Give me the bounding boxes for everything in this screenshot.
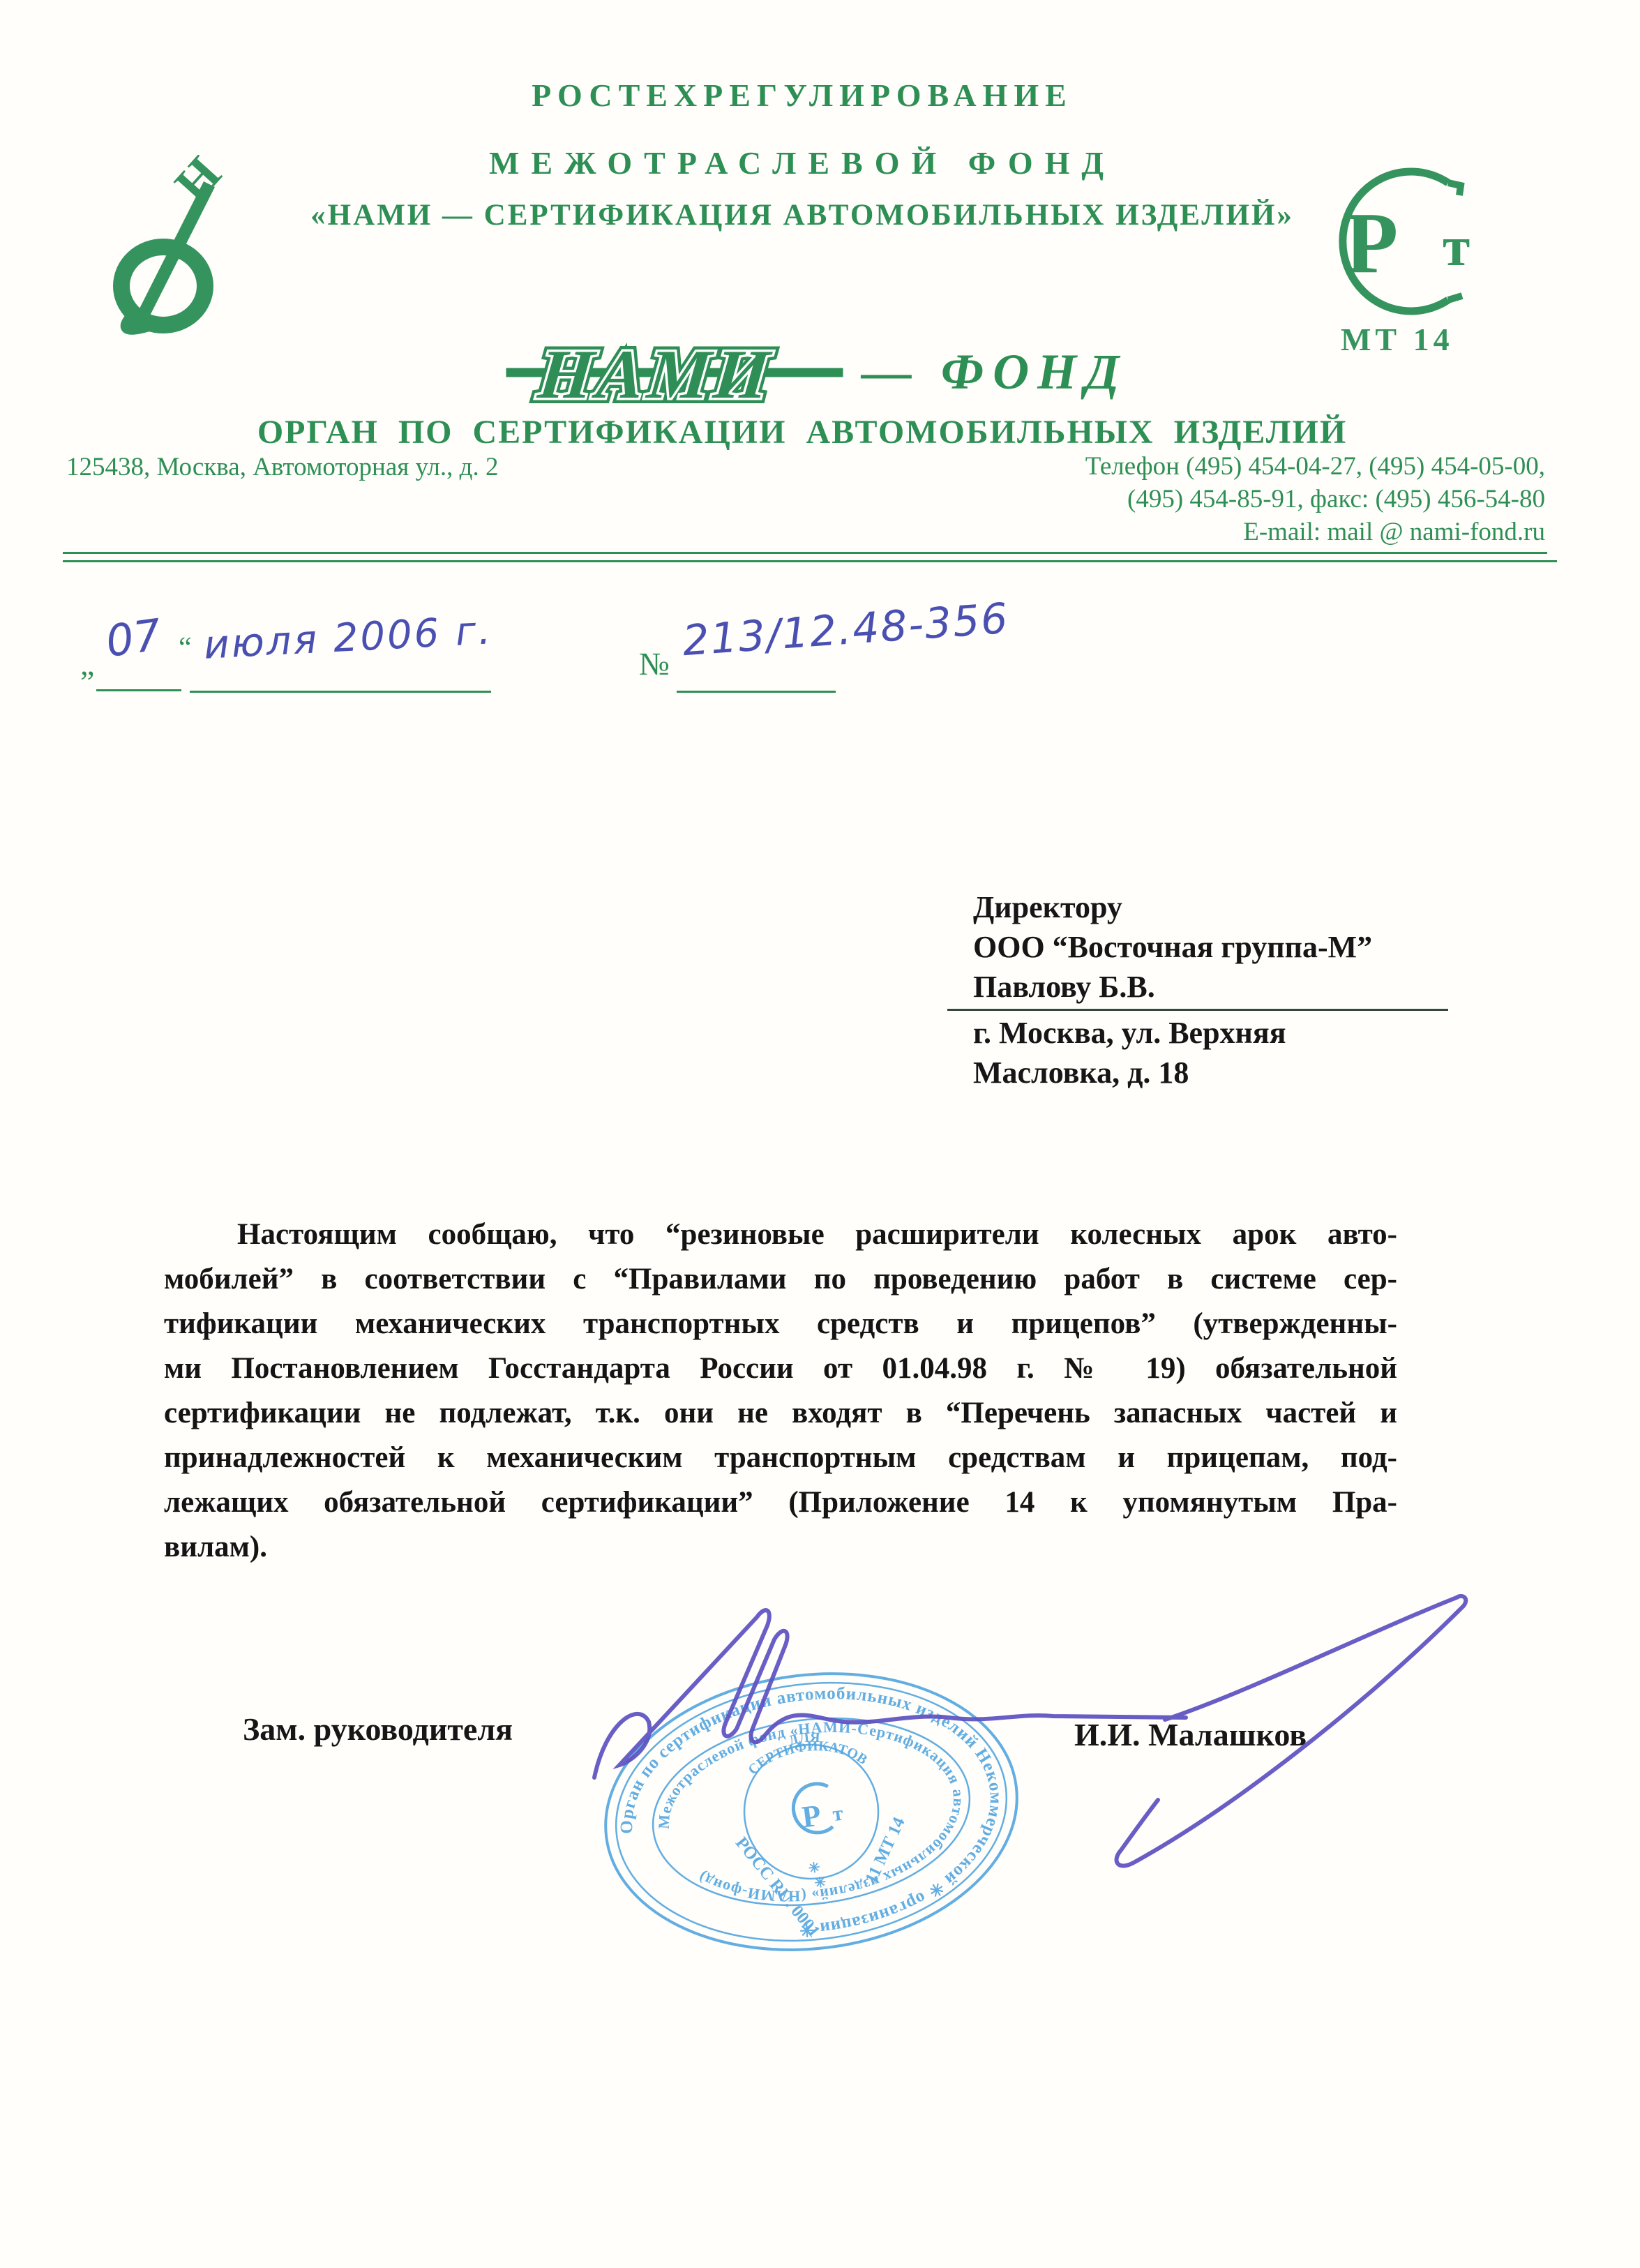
rst-certification-mark: Р т МТ 14 xyxy=(1311,155,1507,364)
rst-c-terminal-bottom xyxy=(1448,296,1462,300)
rst-p-letter: Р xyxy=(1345,195,1398,292)
body-line: мобилей” в соответствии с “Правилами по … xyxy=(164,1257,1397,1302)
fond-suffix-label: — ФОНД xyxy=(862,343,1127,401)
rst-t-letter: т xyxy=(1443,216,1470,278)
date-close-quote: “ xyxy=(179,631,192,665)
nami-logo-fill: НАМИ xyxy=(534,336,777,413)
separator-rule-bottom xyxy=(63,560,1557,562)
contact-block: Телефон (495) 454-04-27, (495) 454-05-00… xyxy=(823,450,1545,548)
letter-body: Настоящим сообщаю, что “резиновые расшир… xyxy=(164,1212,1397,1570)
recipient-address-2: Масловка, д. 18 xyxy=(973,1053,1489,1092)
rst-c-terminal-top xyxy=(1448,183,1461,195)
body-line: принадлежностей к механическим транспорт… xyxy=(164,1436,1397,1480)
handwritten-month-year: июля 2006 г. xyxy=(203,608,494,668)
signature-flourish-stroke xyxy=(1117,1596,1466,1866)
date-month-underline xyxy=(190,691,491,693)
email-line: E-mail: mail @ nami-fond.ru xyxy=(823,516,1545,548)
date-open-quote: „ xyxy=(80,645,94,682)
date-day-underline xyxy=(96,689,181,691)
nami-logotype: НАМИ НАМИ НАМИ xyxy=(504,326,845,421)
body-line: сертификации не подлежат, т.к. они не вх… xyxy=(164,1391,1397,1436)
body-line: тификации механических транспортных сред… xyxy=(164,1302,1397,1346)
separator-rule-top xyxy=(63,552,1547,554)
number-sign: № xyxy=(639,645,670,682)
signer-position: Зам. руководителя xyxy=(243,1711,513,1748)
handwritten-signature xyxy=(565,1570,1500,1905)
recipient-underline xyxy=(947,1009,1448,1011)
number-underline xyxy=(677,691,836,693)
postal-address: 125438, Москва, Автомоторная ул., д. 2 xyxy=(66,452,498,482)
recipient-address-1: г. Москва, ул. Верхняя xyxy=(973,1013,1489,1053)
body-line: Настоящим сообщаю, что “резиновые расшир… xyxy=(164,1212,1397,1257)
recipient-company: ООО “Восточная группа-М” xyxy=(973,927,1489,967)
org-certification-line: ОРГАН ПО СЕРТИФИКАЦИИ АВТОМОБИЛЬНЫХ ИЗДЕ… xyxy=(0,413,1604,451)
body-line: ми Постановлением Госстандарта России от… xyxy=(164,1346,1397,1391)
recipient-title: Директору xyxy=(973,887,1489,927)
scanned-letter-page: Н РОСТЕХРЕГУЛИРОВАНИЕ МЕЖОТРАСЛЕВОЙ ФОНД… xyxy=(0,0,1640,2268)
body-line: вилам). xyxy=(164,1525,1397,1570)
body-line: лежащих обязательной сертификации” (Прил… xyxy=(164,1480,1397,1525)
handwritten-outgoing-number: 213/12.48-356 xyxy=(681,594,1010,666)
letterhead-agency: РОСТЕХРЕГУЛИРОВАНИЕ xyxy=(0,77,1604,114)
rst-mark-code: МТ 14 xyxy=(1341,322,1454,357)
phone-line-2: (495) 454-85-91, факс: (495) 456-54-80 xyxy=(823,483,1545,516)
signature-main-stroke xyxy=(594,1610,1186,1778)
nami-fond-monogram-logo: Н xyxy=(110,155,239,340)
phone-line-1: Телефон (495) 454-04-27, (495) 454-05-00… xyxy=(823,450,1545,483)
recipient-block: Директору ООО “Восточная группа-М” Павло… xyxy=(973,887,1489,1092)
recipient-person: Павлову Б.В. xyxy=(973,967,1489,1007)
handwritten-day: 07 xyxy=(103,609,164,667)
